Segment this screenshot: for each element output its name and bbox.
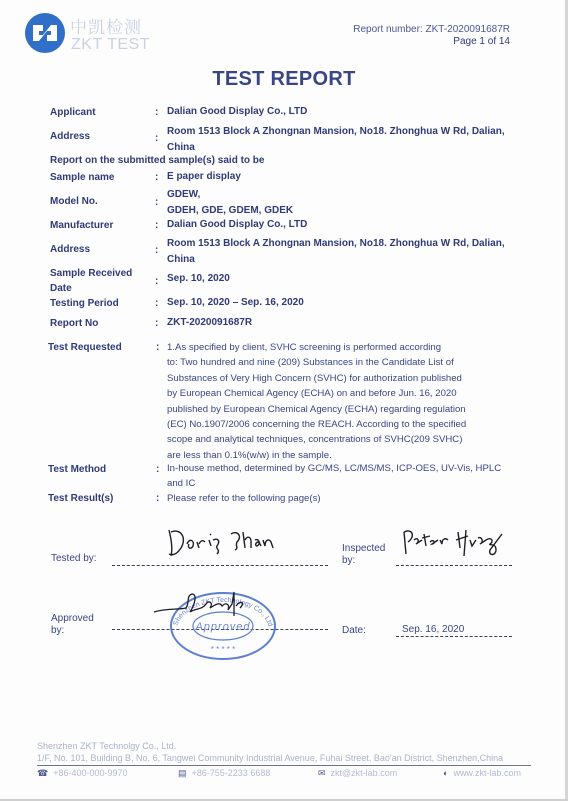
footer-website: ◐www.zkt-lab.com	[443, 768, 521, 778]
field-label: Testing Period	[50, 298, 119, 309]
tested-by-signature-line	[112, 565, 328, 566]
footer-address: 1/F, No. 101, Building B, No. 6, Tangwei…	[37, 753, 503, 763]
zkt-logo-icon	[24, 12, 66, 54]
field-label: Applicant	[50, 107, 96, 118]
test-results-text: Please refer to the following page(s)	[167, 491, 467, 506]
colon: :	[156, 342, 159, 353]
tested-by-signature	[165, 524, 280, 564]
zkt-logo: 中凯检测 ZKT TEST	[24, 12, 154, 57]
footer-fax: ▤+86-755-2233 6688	[178, 768, 270, 779]
logo-chinese-text: 中凯检测	[70, 13, 142, 38]
colon: :	[155, 318, 158, 329]
date-label: Date:	[342, 625, 366, 637]
page-title: TEST REPORT	[0, 68, 568, 91]
field-value: Dalian Good Display Co., LTD	[167, 217, 527, 233]
field-label: Manufacturer	[50, 220, 113, 231]
field-value: Room 1513 Block A Zhongnan Mansion, No18…	[167, 236, 527, 268]
date-line	[396, 636, 512, 637]
field-value: GDEW, GDEH, GDE, GDEM, GDEK	[167, 187, 527, 219]
colon: :	[155, 107, 158, 118]
colon: :	[155, 276, 158, 287]
field-label: Report No	[50, 318, 98, 329]
field-label: Model No.	[50, 196, 98, 207]
field-label: Address	[50, 131, 90, 142]
field-label: Address	[50, 244, 90, 255]
field-value: E paper display	[167, 169, 527, 185]
colon: :	[155, 220, 158, 231]
logo-english-text: ZKT TEST	[71, 36, 150, 54]
colon: :	[155, 172, 158, 183]
approved-by-signature	[150, 588, 270, 624]
test-results-label: Test Result(s)	[48, 493, 113, 504]
phone-icon: ☎	[37, 768, 48, 779]
field-value: Sep. 10, 2020 – Sep. 16, 2020	[167, 295, 527, 311]
colon: :	[156, 464, 159, 475]
test-method-label: Test Method	[48, 464, 106, 475]
address-line: Room 1513 Block A Zhongnan Mansion, No18…	[167, 124, 527, 140]
footer-divider	[37, 765, 531, 766]
inspected-by-signature-line	[396, 565, 512, 566]
colon: :	[156, 493, 159, 504]
address-line: Room 1513 Block A Zhongnan Mansion, No18…	[167, 236, 527, 252]
colon: :	[155, 197, 158, 208]
stamp-stars: * * * * *	[211, 645, 235, 654]
test-method-text: In-house method, determined by GC/MS, LC…	[167, 461, 507, 492]
report-on-text: Report on the submitted sample(s) said t…	[50, 155, 264, 166]
field-value: Sep. 10, 2020	[167, 271, 527, 287]
page-indicator: Page 1 of 14	[453, 36, 510, 47]
field-value: Dalian Good Display Co., LTD	[167, 104, 527, 120]
footer-email: ✉zkt@zkt-lab.com	[318, 768, 397, 779]
report-number-header: Report number: ZKT-2020091687R	[353, 24, 510, 35]
address-line: China	[167, 140, 527, 156]
model-line: GDEW,	[167, 187, 527, 203]
test-requested-label: Test Requested	[48, 342, 122, 353]
email-icon: ✉	[318, 768, 326, 779]
test-requested-text: 1.As specified by client, SVHC screening…	[167, 340, 467, 463]
footer-company: Shenzhen ZKT Technolgy Co., Ltd.	[37, 741, 176, 751]
footer-phone: ☎+86-400-000-9970	[37, 768, 128, 779]
colon: :	[155, 245, 158, 256]
field-value: ZKT-2020091687R	[167, 315, 527, 331]
colon: :	[155, 133, 158, 144]
inspected-by-label: Inspected by:	[342, 543, 385, 567]
approved-by-label: Approved by:	[51, 613, 94, 637]
fax-icon: ▤	[178, 768, 187, 779]
tested-by-label: Tested by:	[51, 553, 97, 565]
field-label: Sample name	[50, 172, 114, 183]
date-value: Sep. 16, 2020	[402, 624, 464, 636]
address-line: China	[167, 252, 527, 268]
field-label: Sample Received Date	[50, 266, 132, 296]
test-report-page: 中凯检测 ZKT TEST Report number: ZKT-2020091…	[0, 0, 568, 801]
globe-icon: ◐	[443, 768, 448, 778]
colon: :	[155, 298, 158, 309]
inspected-by-signature	[398, 526, 513, 561]
field-value: Room 1513 Block A Zhongnan Mansion, No18…	[167, 124, 527, 156]
